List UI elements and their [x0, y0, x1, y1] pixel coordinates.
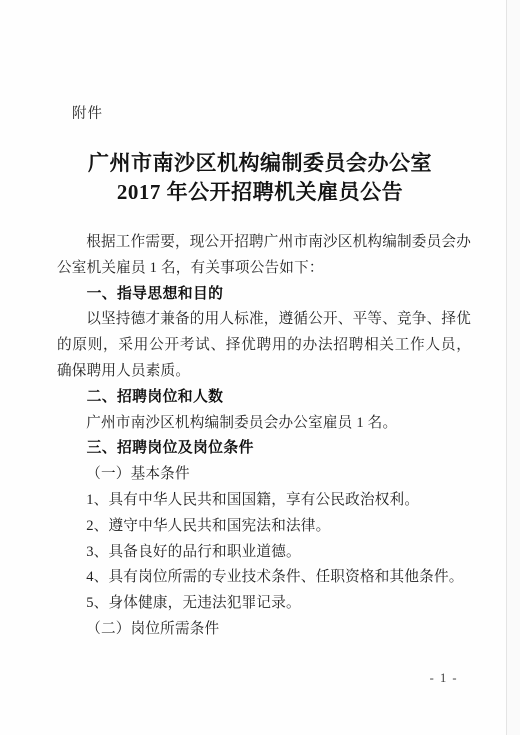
attachment-label: 附件: [72, 106, 103, 123]
scan-edge-margin: [507, 0, 520, 735]
section1-heading: 一、指导思想和目的: [57, 282, 471, 308]
basic-condition-item-1: 1、具有中华人民共和国国籍，享有公民政治权利。: [57, 488, 471, 514]
section2-heading: 二、招聘岗位和人数: [57, 385, 471, 411]
subsection2-label: （二）岗位所需条件: [57, 617, 471, 643]
basic-condition-item-4: 4、具有岗位所需的专业技术条件、任职资格和其他条件。: [57, 565, 471, 591]
document-title-line-1: 广州市南沙区机构编制委员会办公室: [0, 149, 520, 178]
basic-condition-item-5: 5、身体健康，无违法犯罪记录。: [57, 591, 471, 617]
section3-heading: 三、招聘岗位及岗位条件: [57, 436, 471, 462]
section2-paragraph: 广州市南沙区机构编制委员会办公室雇员 1 名。: [57, 411, 471, 437]
page-number: - 1 -: [430, 671, 458, 686]
basic-condition-item-2: 2、遵守中华人民共和国宪法和法律。: [57, 514, 471, 540]
scanned-document-page: 附件 广州市南沙区机构编制委员会办公室 2017 年公开招聘机关雇员公告 根据工…: [0, 0, 520, 735]
document-title: 广州市南沙区机构编制委员会办公室 2017 年公开招聘机关雇员公告: [0, 149, 520, 207]
subsection1-label: （一）基本条件: [57, 462, 471, 488]
document-title-line-2: 2017 年公开招聘机关雇员公告: [0, 178, 520, 207]
section1-paragraph: 以坚持德才兼备的用人标准，遵循公开、平等、竞争、择优的原则，采用公开考试、择优聘…: [57, 307, 471, 384]
intro-paragraph: 根据工作需要，现公开招聘广州市南沙区机构编制委员会办公室机关雇员 1 名，有关事…: [57, 230, 471, 282]
scan-edge-shadow: [506, 0, 507, 735]
basic-condition-item-3: 3、具备良好的品行和职业道德。: [57, 540, 471, 566]
document-body: 根据工作需要，现公开招聘广州市南沙区机构编制委员会办公室机关雇员 1 名，有关事…: [57, 230, 471, 643]
